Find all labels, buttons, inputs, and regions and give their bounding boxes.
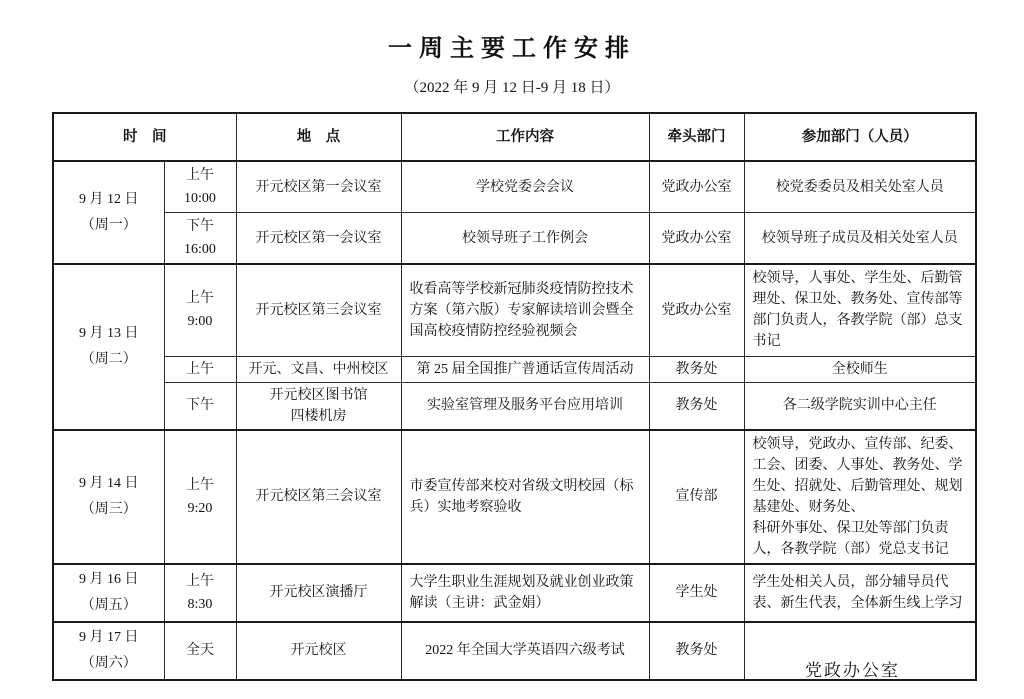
participants-cell: 校党委委员及相关处室人员: [744, 161, 976, 213]
date-text: 9 月 17 日: [58, 625, 160, 651]
location-cell: 开元校区第一会议室: [236, 161, 401, 213]
participants-cell: 学生处相关人员，部分辅导员代表、新生代表，全体新生线上学习: [744, 564, 976, 622]
content-cell: 大学生职业生涯规划及就业创业政策解读（主讲：武金娟）: [401, 564, 649, 622]
weekday-text: （周五）: [58, 593, 160, 619]
date-text: 9 月 13 日: [58, 321, 160, 347]
location-cell: 开元校区第三会议室: [236, 264, 401, 356]
location-line: 开元校区图书馆: [241, 385, 397, 406]
time-cell: 上午 9:00: [164, 264, 236, 356]
location-line: 四楼机房: [241, 406, 397, 427]
time-text: 9:20: [169, 497, 232, 520]
date-cell: 9 月 12 日 （周一）: [53, 161, 164, 264]
signature: 党政办公室: [0, 656, 1024, 681]
col-header-participants: 参加部门（人员）: [744, 113, 976, 161]
lead-dept-cell: 党政办公室: [649, 264, 744, 356]
participants-paragraph: 科研外事处、保卫处等部门负责人，各教学院（部）党总支书记: [753, 518, 968, 560]
page-title: 一周主要工作安排: [0, 28, 1024, 63]
time-cell: 上午 8:30: [164, 564, 236, 622]
lead-dept-cell: 宣传部: [649, 430, 744, 564]
weekday-text: （周三）: [58, 497, 160, 523]
date-text: 9 月 16 日: [58, 567, 160, 593]
content-cell: 学校党委会会议: [401, 161, 649, 213]
location-cell: 开元校区图书馆 四楼机房: [236, 382, 401, 430]
location-cell: 开元校区第一会议室: [236, 213, 401, 265]
weekday-text: （周二）: [58, 347, 160, 373]
content-cell: 实验室管理及服务平台应用培训: [401, 382, 649, 430]
time-cell: 上午: [164, 356, 236, 382]
col-header-lead-dept: 牵头部门: [649, 113, 744, 161]
period-text: 上午: [169, 474, 232, 497]
participants-cell: 校领导，人事处、学生处、后勤管理处、保卫处、教务处、宣传部等部门负责人，各教学院…: [744, 264, 976, 356]
participants-cell: 校领导班子成员及相关处室人员: [744, 213, 976, 265]
time-text: 9:00: [169, 310, 232, 333]
lead-dept-cell: 党政办公室: [649, 161, 744, 213]
time-cell: 上午 10:00: [164, 161, 236, 213]
content-cell: 收看高等学校新冠肺炎疫情防控技术方案（第六版）专家解读培训会暨全国高校疫情防控经…: [401, 264, 649, 356]
weekly-schedule-table: 时 间 地 点 工作内容 牵头部门 参加部门（人员） 9 月 12 日 （周一）…: [52, 112, 977, 681]
lead-dept-cell: 教务处: [649, 356, 744, 382]
col-header-location: 地 点: [236, 113, 401, 161]
weekday-text: （周一）: [58, 213, 160, 239]
time-text: 8:30: [169, 593, 232, 616]
participants-cell: 全校师生: [744, 356, 976, 382]
participants-paragraph: 校领导，党政办、宣传部、纪委、工会、团委、人事处、教务处、学生处、招就处、后勤管…: [753, 434, 968, 518]
date-cell: 9 月 16 日 （周五）: [53, 564, 164, 622]
location-cell: 开元、文昌、中州校区: [236, 356, 401, 382]
time-text: 16:00: [169, 238, 232, 261]
time-cell: 下午: [164, 382, 236, 430]
period-text: 上午: [169, 287, 232, 310]
date-text: 9 月 14 日: [58, 471, 160, 497]
col-header-content: 工作内容: [401, 113, 649, 161]
participants-cell: 校领导，党政办、宣传部、纪委、工会、团委、人事处、教务处、学生处、招就处、后勤管…: [744, 430, 976, 564]
table-row: 9 月 12 日 （周一） 上午 10:00 开元校区第一会议室 学校党委会会议…: [53, 161, 976, 213]
period-text: 上午: [169, 570, 232, 593]
table-row: 下午 开元校区图书馆 四楼机房 实验室管理及服务平台应用培训 教务处 各二级学院…: [53, 382, 976, 430]
content-cell: 校领导班子工作例会: [401, 213, 649, 265]
page-subtitle: （2022 年 9 月 12 日-9 月 18 日）: [0, 76, 1024, 97]
date-cell: 9 月 14 日 （周三）: [53, 430, 164, 564]
date-cell: 9 月 13 日 （周二）: [53, 264, 164, 430]
content-cell: 第 25 届全国推广普通话宣传周活动: [401, 356, 649, 382]
table-row: 9 月 13 日 （周二） 上午 9:00 开元校区第三会议室 收看高等学校新冠…: [53, 264, 976, 356]
participants-cell: 各二级学院实训中心主任: [744, 382, 976, 430]
lead-dept-cell: 教务处: [649, 382, 744, 430]
header-row: 时 间 地 点 工作内容 牵头部门 参加部门（人员）: [53, 113, 976, 161]
lead-dept-cell: 学生处: [649, 564, 744, 622]
location-cell: 开元校区演播厅: [236, 564, 401, 622]
date-text: 9 月 12 日: [58, 187, 160, 213]
time-cell: 下午 16:00: [164, 213, 236, 265]
time-text: 10:00: [169, 187, 232, 210]
table-row: 下午 16:00 开元校区第一会议室 校领导班子工作例会 党政办公室 校领导班子…: [53, 213, 976, 265]
table-row: 上午 开元、文昌、中州校区 第 25 届全国推广普通话宣传周活动 教务处 全校师…: [53, 356, 976, 382]
content-cell: 市委宣传部来校对省级文明校园（标兵）实地考察验收: [401, 430, 649, 564]
table-row: 9 月 14 日 （周三） 上午 9:20 开元校区第三会议室 市委宣传部来校对…: [53, 430, 976, 564]
table-row: 9 月 16 日 （周五） 上午 8:30 开元校区演播厅 大学生职业生涯规划及…: [53, 564, 976, 622]
location-cell: 开元校区第三会议室: [236, 430, 401, 564]
lead-dept-cell: 党政办公室: [649, 213, 744, 265]
period-text: 下午: [169, 215, 232, 238]
period-text: 上午: [169, 164, 232, 187]
col-header-time: 时 间: [53, 113, 236, 161]
time-cell: 上午 9:20: [164, 430, 236, 564]
